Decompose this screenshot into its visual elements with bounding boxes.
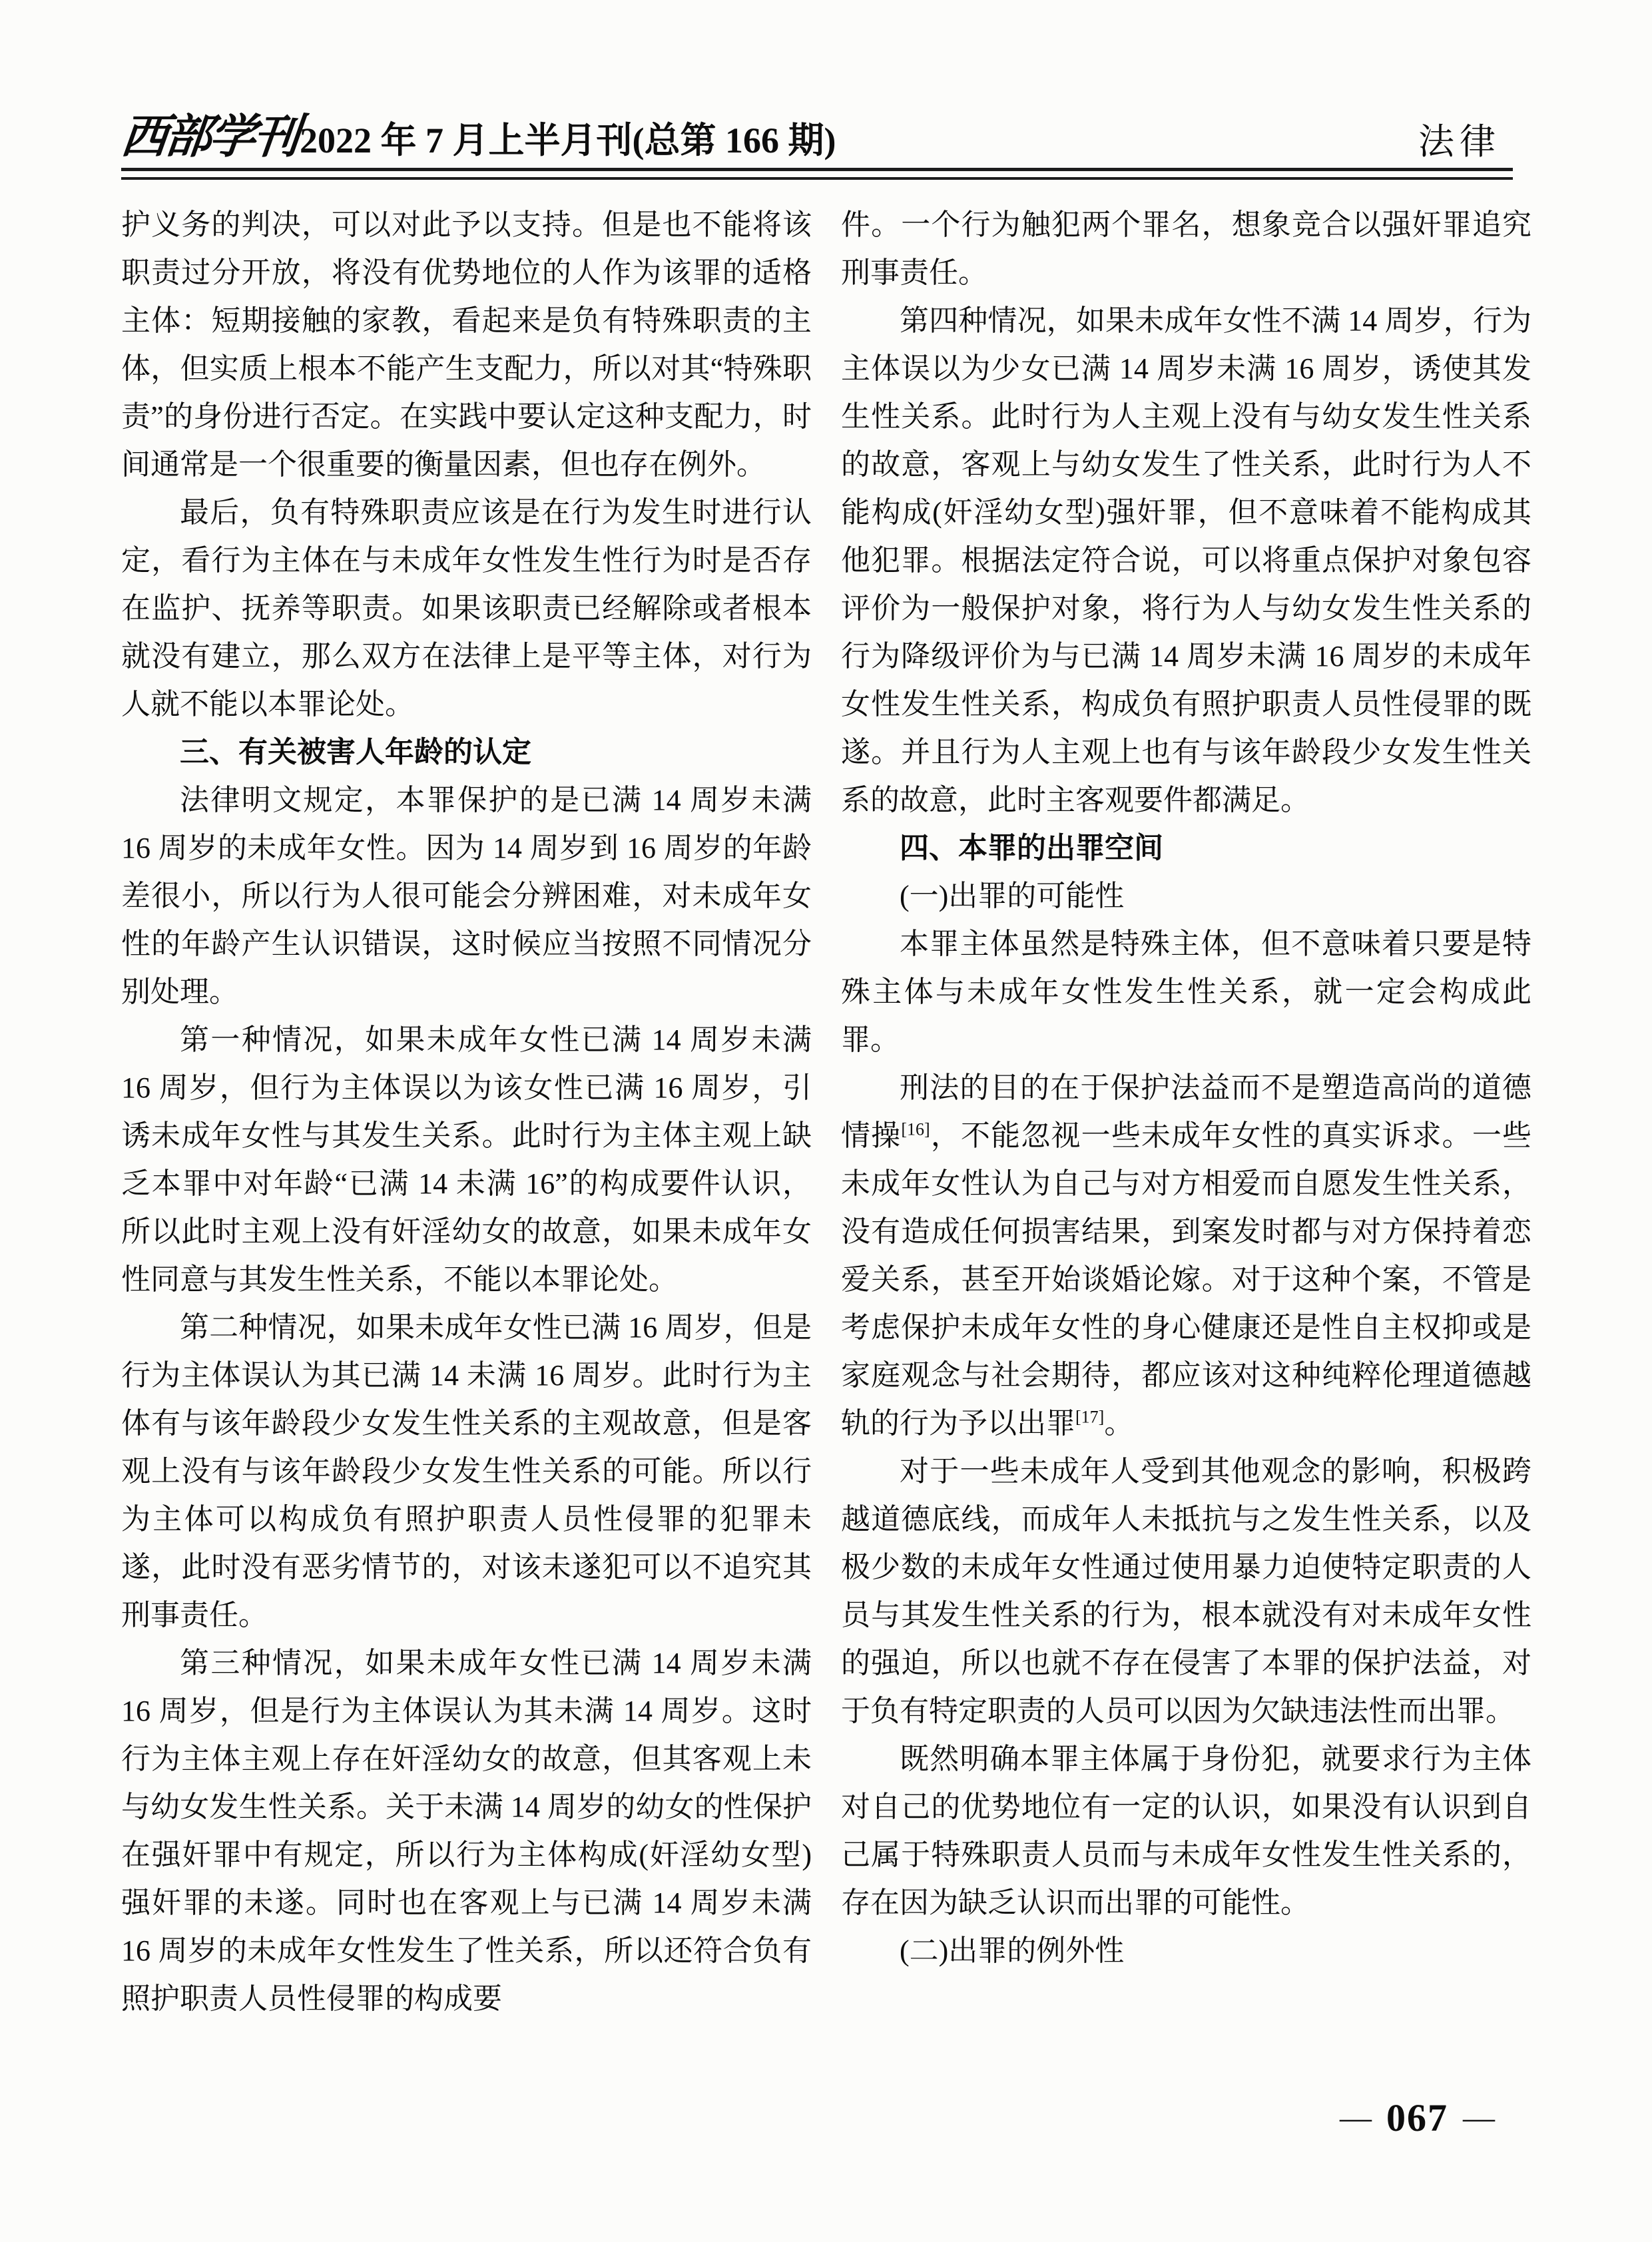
paragraph: 第三种情况，如果未成年女性已满 14 周岁未满 16 周岁，但是行为主体误认为其… bbox=[121, 1639, 812, 2023]
footer-dash-right: — bbox=[1463, 2102, 1495, 2134]
paragraph: 刑法的目的在于保护法益而不是塑造高尚的道德情操[16]，不能忽视一些未成年女性的… bbox=[841, 1064, 1531, 1448]
paragraph: 对于一些未成年人受到其他观念的影响，积极跨越道德底线，而成年人未抵抗与之发生性关… bbox=[841, 1448, 1531, 1735]
section-label: 法律 bbox=[1418, 124, 1514, 160]
paragraph: 既然明确本罪主体属于身份犯，就要求行为主体对自己的优势地位有一定的认识，如果没有… bbox=[841, 1735, 1531, 1927]
section-heading-3: 三、有关被害人年龄的认定 bbox=[121, 728, 812, 776]
subsection-heading-1: (一)出罪的可能性 bbox=[841, 872, 1531, 920]
right-column: 件。一个行为触犯两个罪名，想象竞合以强奸罪追究刑事责任。 第四种情况，如果未成年… bbox=[841, 201, 1531, 2023]
paragraph-text: 。 bbox=[1104, 1407, 1133, 1440]
journal-logo: 西部学刊 bbox=[119, 113, 299, 160]
header-divider bbox=[121, 168, 1513, 180]
paragraph-text: ，不能忽视一些未成年女性的真实诉求。一些未成年女性认为自己与对方相爱而自愿发生性… bbox=[841, 1119, 1531, 1440]
paragraph: 件。一个行为触犯两个罪名，想象竞合以强奸罪追究刑事责任。 bbox=[841, 201, 1531, 297]
left-column: 护义务的判决，可以对此予以支持。但是也不能将该职责过分开放，将没有优势地位的人作… bbox=[121, 201, 812, 2023]
section-heading-4: 四、本罪的出罪空间 bbox=[841, 824, 1531, 872]
journal-issue-info: 2022 年 7 月上半月刊(总第 166 期) bbox=[300, 123, 836, 158]
page-number: 067 bbox=[1386, 2099, 1448, 2137]
paragraph: 本罪主体虽然是特殊主体，但不意味着只要是特殊主体与未成年女性发生性关系，就一定会… bbox=[841, 920, 1531, 1064]
subsection-heading-2: (二)出罪的例外性 bbox=[841, 1927, 1531, 1975]
paragraph: 第二种情况，如果未成年女性已满 16 周岁，但是行为主体误认为其已满 14 未满… bbox=[121, 1304, 812, 1639]
paragraph: 最后，负有特殊职责应该是在行为发生时进行认定，看行为主体在与未成年女性发生性行为… bbox=[121, 489, 812, 728]
footer-dash-left: — bbox=[1340, 2102, 1372, 2134]
footnote-ref-16: [16] bbox=[901, 1119, 930, 1139]
page-footer: — 067 — bbox=[1340, 2099, 1495, 2137]
paragraph: 法律明文规定，本罪保护的是已满 14 周岁未满 16 周岁的未成年女性。因为 1… bbox=[121, 776, 812, 1016]
journal-page: 西部学刊 2022 年 7 月上半月刊(总第 166 期) 法律 护义务的判决，… bbox=[0, 0, 1652, 2242]
paragraph: 第一种情况，如果未成年女性已满 14 周岁未满 16 周岁，但行为主体误以为该女… bbox=[121, 1016, 812, 1304]
footnote-ref-17: [17] bbox=[1075, 1407, 1104, 1426]
paragraph: 第四种情况，如果未成年女性不满 14 周岁，行为主体误以为少女已满 14 周岁未… bbox=[841, 297, 1531, 824]
page-header: 西部学刊 2022 年 7 月上半月刊(总第 166 期) 法律 bbox=[121, 105, 1514, 160]
article-body: 护义务的判决，可以对此予以支持。但是也不能将该职责过分开放，将没有优势地位的人作… bbox=[121, 201, 1531, 2023]
paragraph: 护义务的判决，可以对此予以支持。但是也不能将该职责过分开放，将没有优势地位的人作… bbox=[121, 201, 812, 489]
journal-brand: 西部学刊 2022 年 7 月上半月刊(总第 166 期) bbox=[121, 113, 836, 160]
